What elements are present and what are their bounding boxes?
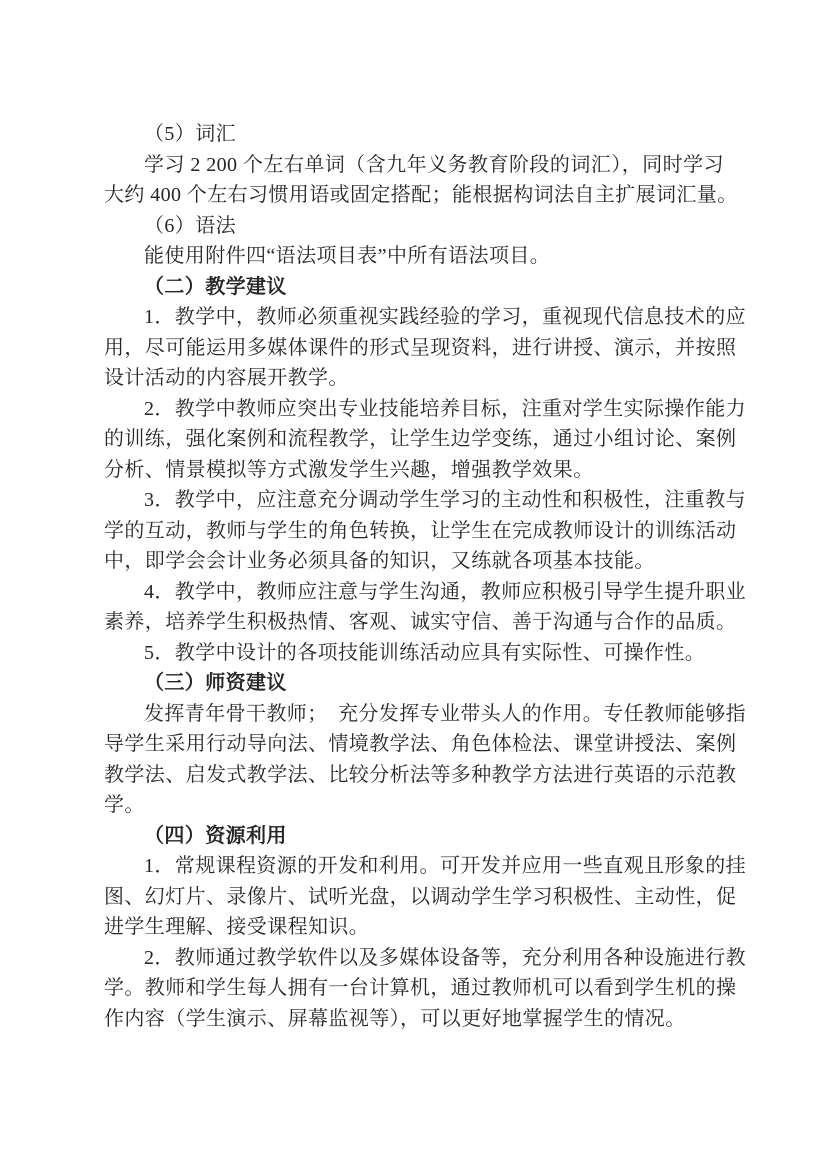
document-page: （5）词汇学习 2 200 个左右单词（含九年义务教育阶段的词汇），同时学习大约…: [0, 0, 827, 1170]
text-line: 进学生理解、接受课程知识。: [104, 912, 724, 943]
paragraph: （5）词汇: [104, 119, 724, 150]
text-line: 4．教学中，教师应注意与学生沟通，教师应积极引导学生提升职业: [104, 577, 724, 608]
text-line: 导学生采用行动导向法、情境教学法、角色体检法、课堂讲授法、案例: [104, 729, 724, 760]
text-line: 学的互动，教师与学生的角色转换，让学生在完成教师设计的训练活动: [104, 516, 724, 547]
paragraph: 2．教师通过教学软件以及多媒体设备等，充分利用各种设施进行教学。教师和学生每人拥…: [104, 943, 724, 1035]
paragraph: 4．教学中，教师应注意与学生沟通，教师应积极引导学生提升职业素养，培养学生积极热…: [104, 577, 724, 638]
text-line: 教学法、启发式教学法、比较分析法等多种教学方法进行英语的示范教: [104, 760, 724, 791]
section-heading: （四）资源利用: [104, 821, 724, 852]
text-line: 图、幻灯片、录像片、试听光盘，以调动学生学习积极性、主动性，促: [104, 882, 724, 913]
text-line: 2．教学中教师应突出专业技能培养目标，注重对学生实际操作能力: [104, 394, 724, 425]
paragraph: 发挥青年骨干教师； 充分发挥专业带头人的作用。专任教师能够指导学生采用行动导向法…: [104, 699, 724, 821]
text-line: （四）资源利用: [104, 821, 724, 852]
paragraph: 学习 2 200 个左右单词（含九年义务教育阶段的词汇），同时学习大约 400 …: [104, 150, 724, 211]
text-line: 1．常规课程资源的开发和利用。可开发并应用一些直观且形象的挂: [104, 851, 724, 882]
section-heading: （二）教学建议: [104, 272, 724, 303]
paragraph: 1．教学中，教师必须重视实践经验的学习，重视现代信息技术的应用，尽可能运用多媒体…: [104, 302, 724, 394]
text-line: 5．教学中设计的各项技能训练活动应具有实际性、可操作性。: [104, 638, 724, 669]
text-line: 大约 400 个左右习惯用语或固定搭配；能根据构词法自主扩展词汇量。: [104, 180, 724, 211]
paragraph: 3．教学中，应注意充分调动学生学习的主动性和积极性，注重教与学的互动，教师与学生…: [104, 485, 724, 577]
text-line: （5）词汇: [104, 119, 724, 150]
text-line: 的训练，强化案例和流程教学，让学生边学变练，通过小组讨论、案例: [104, 424, 724, 455]
text-line: 用，尽可能运用多媒体课件的形式呈现资料，进行讲授、演示，并按照: [104, 333, 724, 364]
paragraph: 能使用附件四“语法项目表”中所有语法项目。: [104, 241, 724, 272]
text-line: 设计活动的内容展开教学。: [104, 363, 724, 394]
text-line: 分析、情景模拟等方式激发学生兴趣，增强教学效果。: [104, 455, 724, 486]
text-line: （6）语法: [104, 211, 724, 242]
text-line: 3．教学中，应注意充分调动学生学习的主动性和积极性，注重教与: [104, 485, 724, 516]
text-line: 学。: [104, 790, 724, 821]
paragraph: 5．教学中设计的各项技能训练活动应具有实际性、可操作性。: [104, 638, 724, 669]
text-line: 素养，培养学生积极热情、客观、诚实守信、善于沟通与合作的品质。: [104, 607, 724, 638]
paragraph: 1．常规课程资源的开发和利用。可开发并应用一些直观且形象的挂图、幻灯片、录像片、…: [104, 851, 724, 943]
text-line: 能使用附件四“语法项目表”中所有语法项目。: [104, 241, 724, 272]
section-heading: （三）师资建议: [104, 668, 724, 699]
text-line: 1．教学中，教师必须重视实践经验的学习，重视现代信息技术的应: [104, 302, 724, 333]
paragraph: （6）语法: [104, 211, 724, 242]
text-line: 作内容（学生演示、屏幕监视等），可以更好地掌握学生的情况。: [104, 1004, 724, 1035]
text-line: 2．教师通过教学软件以及多媒体设备等，充分利用各种设施进行教: [104, 943, 724, 974]
document-body: （5）词汇学习 2 200 个左右单词（含九年义务教育阶段的词汇），同时学习大约…: [104, 119, 724, 1034]
text-line: 发挥青年骨干教师； 充分发挥专业带头人的作用。专任教师能够指: [104, 699, 724, 730]
text-line: 学。教师和学生每人拥有一台计算机，通过教师机可以看到学生机的操: [104, 973, 724, 1004]
text-line: （三）师资建议: [104, 668, 724, 699]
text-line: 学习 2 200 个左右单词（含九年义务教育阶段的词汇），同时学习: [104, 150, 724, 181]
paragraph: 2．教学中教师应突出专业技能培养目标，注重对学生实际操作能力的训练，强化案例和流…: [104, 394, 724, 486]
text-line: 中，即学会会计业务必须具备的知识，又练就各项基本技能。: [104, 546, 724, 577]
text-line: （二）教学建议: [104, 272, 724, 303]
